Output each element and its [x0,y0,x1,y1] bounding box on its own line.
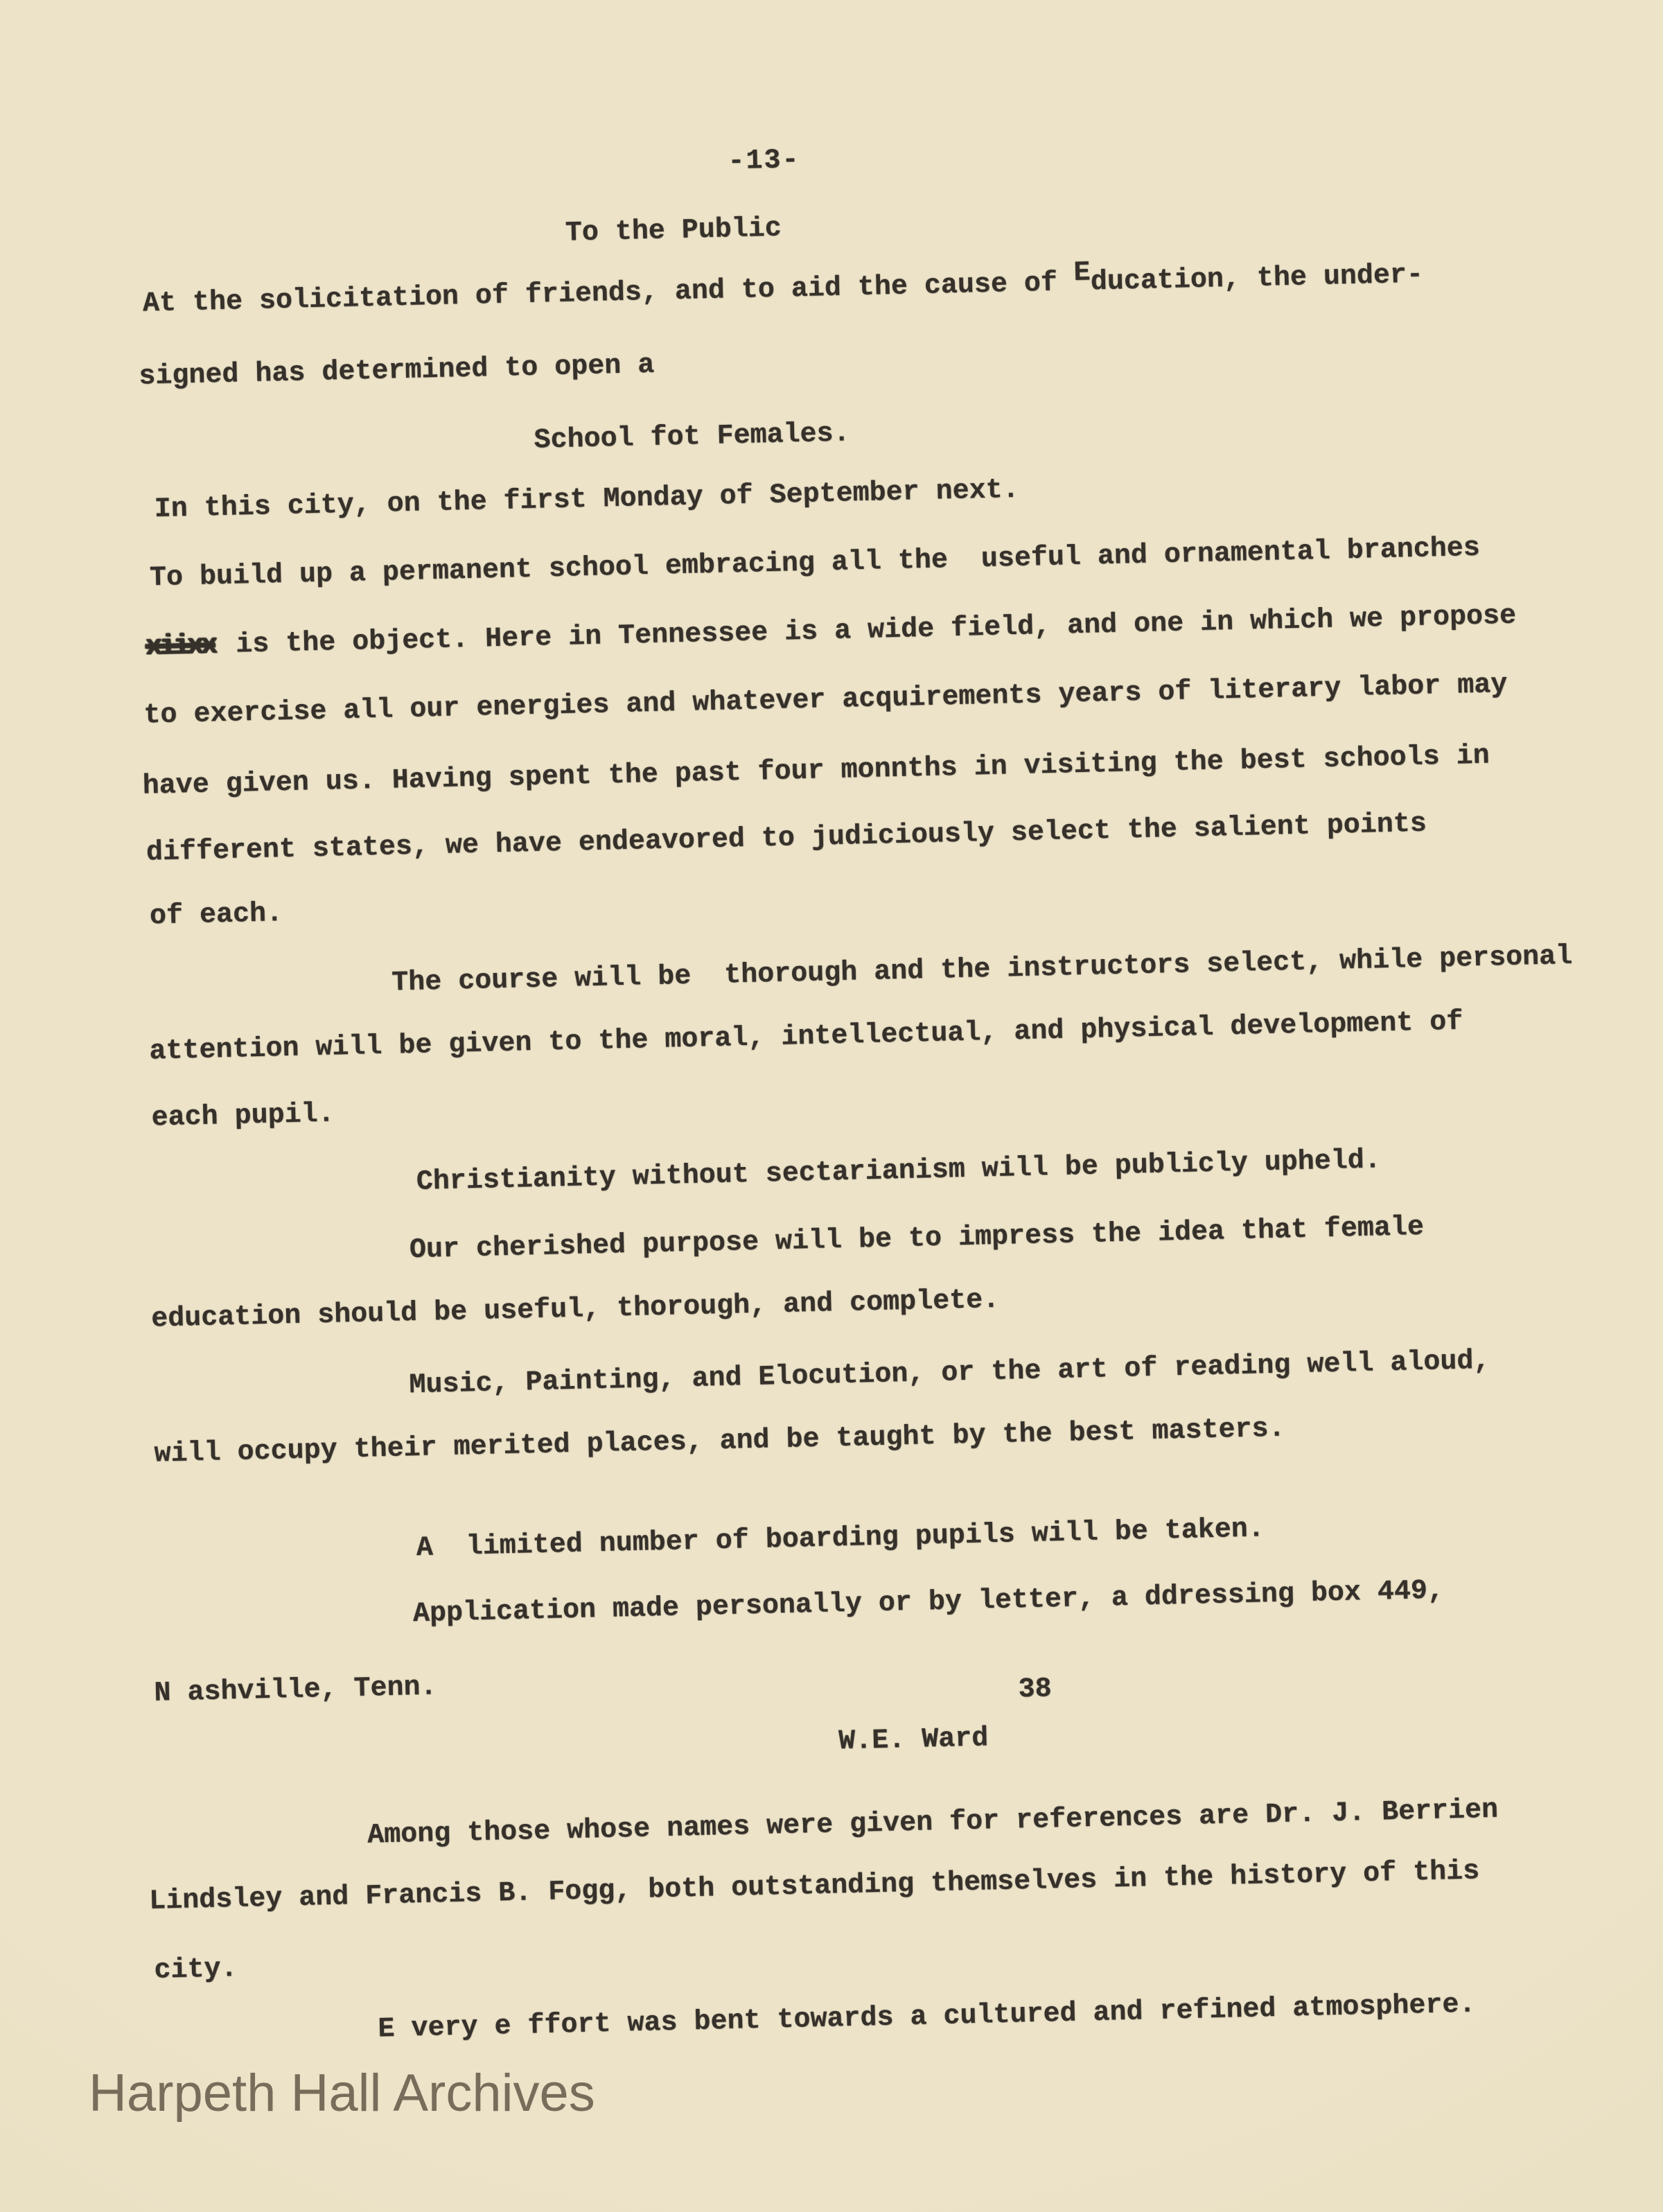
typed-line: Application made personally or by letter… [412,1574,1444,1631]
raised-letter: E [1073,257,1091,289]
typed-line: W.E. Ward [838,1722,989,1759]
typed-content: -13- To the Public At the solicitation o… [0,0,1663,2211]
typed-lines: At the solicitation of friends, and to a… [0,0,1663,2211]
typed-line: The course will be thorough and the inst… [391,940,1573,1001]
typed-line: each pupil. [151,1098,335,1135]
struck-text: xiixx [146,630,215,662]
typed-line: of each. [150,897,283,933]
typed-line: A limited number of boarding pupils will… [416,1513,1265,1565]
typed-line: have given us. Having spent the past fou… [142,740,1490,804]
typed-line: education should be useful, thorough, an… [151,1284,1000,1337]
typed-line: different states, we have endeavored to … [146,808,1427,870]
typed-line: N ashville, Tenn. [154,1671,437,1710]
typed-line: xiixx is the object. Here in Tennessee i… [146,600,1517,665]
typed-line: signed has determined to open a [139,349,655,394]
typed-line: attention will be given to the moral, in… [149,1006,1463,1069]
typed-line: 38 [1018,1673,1052,1707]
typed-line: Lindsley and Francis B. Fogg, both outst… [149,1855,1480,1919]
typed-line: At the solicitation of friends, and to a… [142,259,1423,322]
typed-line: Among those whose names were given for r… [367,1794,1499,1853]
typed-line: Christianity without sectarianism will b… [416,1144,1381,1200]
typed-line: will occupy their merited places, and be… [154,1412,1285,1471]
typed-line: School fot Females. [534,417,850,457]
typed-line: Music, Painting, and Elocution, or the a… [409,1345,1490,1403]
document-page: -13- To the Public At the solicitation o… [0,0,1663,2212]
typed-line: In this city, on the first Monday of Sep… [154,474,1019,527]
typed-line: to exercise all our energies and whateve… [143,669,1508,733]
typed-line: To build up a permanent school embracing… [149,532,1480,596]
typed-line: Our cherished purpose will be to impress… [410,1211,1425,1267]
typed-line: city. [154,1953,238,1988]
watermark: Harpeth Hall Archives [89,2062,595,2125]
typed-line: E very e ffort was bent towards a cultur… [378,1988,1476,2046]
